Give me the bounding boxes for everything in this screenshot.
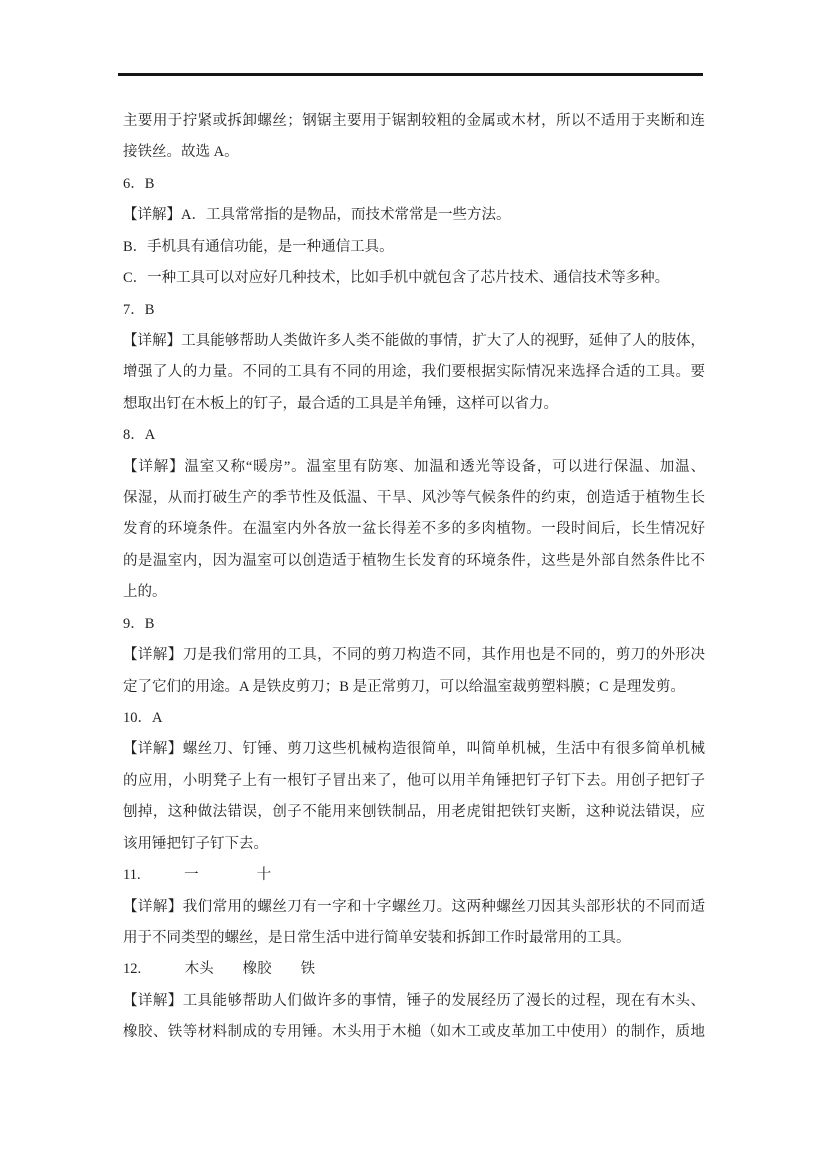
text-line: 增强了人的力量。不同的工具有不同的用途，我们要根据实际情况来选择合适的工具。要 — [123, 357, 705, 388]
text-line: 发育的环境条件。在温室内外各放一盆长得差不多的多肉植物。一段时间后，长生情况好 — [123, 514, 705, 545]
text-line: 保湿，从而打破生产的季节性及低温、干旱、风沙等气候条件的约束，创造适于植物生长 — [123, 483, 705, 514]
text-line: 11. 一 十 — [123, 860, 705, 891]
text-line: 主要用于拧紧或拆卸螺丝；钢锯主要用于锯割较粗的金属或木材，所以不适用于夹断和连 — [123, 106, 705, 137]
text-line: 上的。 — [123, 577, 705, 608]
text-line: 【详解】工具能够帮助人类做许多人类不能做的事情，扩大了人的视野，延伸了人的肢体， — [123, 326, 705, 357]
text-line: 9．B — [123, 609, 705, 640]
text-line: 【详解】螺丝刀、钉锤、剪刀这些机械构造很简单，叫简单机械，生活中有很多简单机械 — [123, 734, 705, 765]
text-line: 7．B — [123, 295, 705, 326]
text-line: 接铁丝。故选 A。 — [123, 137, 705, 168]
text-line: 刨掉，这种做法错误，创子不能用来刨铁制品，用老虎钳把铁钉夹断，这种说法错误，应 — [123, 797, 705, 828]
document-body: 主要用于拧紧或拆卸螺丝；钢锯主要用于锯割较粗的金属或木材，所以不适用于夹断和连接… — [123, 106, 705, 1049]
text-line: 橡胶、铁等材料制成的专用锤。木头用于木槌（如木工或皮革加工中使用）的制作，质地 — [123, 1017, 705, 1048]
text-line: 【详解】我们常用的螺丝刀有一字和十字螺丝刀。这两种螺丝刀因其头部形状的不同而适 — [123, 892, 705, 923]
text-line: 定了它们的用途。A 是铁皮剪刀；B 是正常剪刀，可以给温室裁剪塑料膜；C 是理发… — [123, 672, 705, 703]
text-line: 【详解】温室又称“暖房”。温室里有防寒、加温和透光等设备，可以进行保温、加温、 — [123, 452, 705, 483]
header-rule — [118, 73, 703, 76]
text-line: 6．B — [123, 169, 705, 200]
page: 主要用于拧紧或拆卸螺丝；钢锯主要用于锯割较粗的金属或木材，所以不适用于夹断和连接… — [0, 0, 826, 1169]
text-line: 10．A — [123, 703, 705, 734]
text-line: 的应用，小明凳子上有一根钉子冒出来了，他可以用羊角锤把钉子钉下去。用创子把钉子 — [123, 766, 705, 797]
text-line: 8．A — [123, 420, 705, 451]
text-line: 【详解】A．工具常常指的是物品，而技术常常是一些方法。 — [123, 200, 705, 231]
text-line: 【详解】刀是我们常用的工具，不同的剪刀构造不同，其作用也是不同的，剪刀的外形决 — [123, 640, 705, 671]
text-line: 该用锤把钉子钉下去。 — [123, 829, 705, 860]
text-line: 的是温室内，因为温室可以创造适于植物生长发育的环境条件，这些是外部自然条件比不 — [123, 546, 705, 577]
text-line: 12. 木头 橡胶 铁 — [123, 954, 705, 985]
text-line: 【详解】工具能够帮助人们做许多的事情，锤子的发展经历了漫长的过程，现在有木头、 — [123, 986, 705, 1017]
text-line: B．手机具有通信功能，是一种通信工具。 — [123, 232, 705, 263]
text-line: C．一种工具可以对应好几种技术，比如手机中就包含了芯片技术、通信技术等多种。 — [123, 263, 705, 294]
text-line: 想取出钉在木板上的钉子，最合适的工具是羊角锤，这样可以省力。 — [123, 389, 705, 420]
text-line: 用于不同类型的螺丝，是日常生活中进行简单安装和拆卸工作时最常用的工具。 — [123, 923, 705, 954]
